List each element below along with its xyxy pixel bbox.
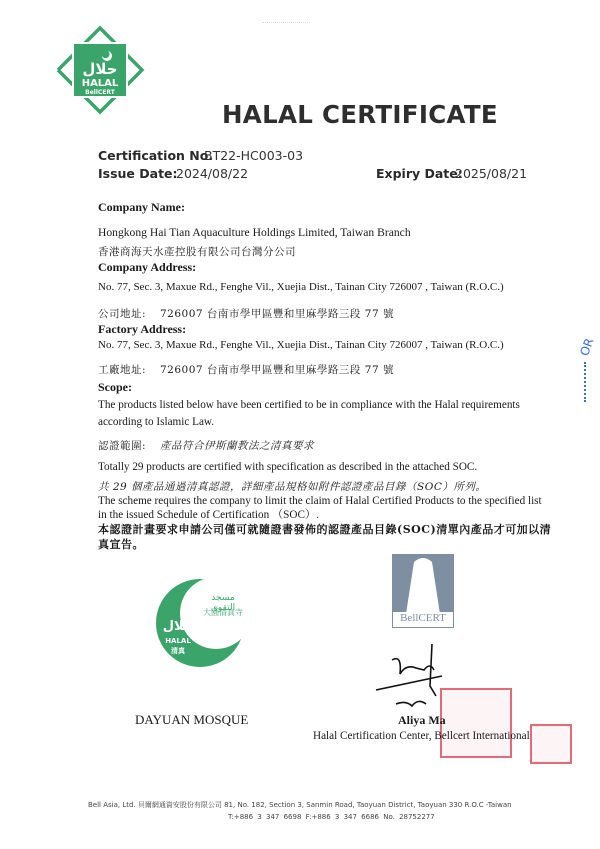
company-name-label: Company Name: xyxy=(98,200,185,215)
issue-date-value: 2024/08/22 xyxy=(176,166,248,181)
factory-address-zh: 726007 台南市學甲區豐和里麻學路三段 77 號 xyxy=(160,362,394,377)
logo-halal-text: HALAL xyxy=(74,78,126,89)
red-seal-large xyxy=(440,688,512,758)
logo-arabic: حلال xyxy=(78,60,122,78)
scheme-text-zh-2: 真宣告。 xyxy=(98,537,144,552)
scheme-text-en-2: in the issued Schedule of Certification … xyxy=(98,508,319,522)
side-stamp: OR xyxy=(577,336,596,358)
company-name-zh: 香港商海天水產控股有限公司台灣分公司 xyxy=(98,244,296,259)
scheme-text-en-1: The scheme requires the company to limit… xyxy=(98,494,542,508)
company-address-zh-label: 公司地址: xyxy=(98,306,146,321)
scheme-text-zh-1: 本認證計畫要求申請公司僅可就隨證書發佈的認證產品目錄(SOC)清單內產品才可加以… xyxy=(98,522,551,537)
company-name-en: Hongkong Hai Tian Aquaculture Holdings L… xyxy=(98,226,411,240)
logo-brand-text: BellCERT xyxy=(74,89,126,96)
watermark xyxy=(262,22,310,53)
factory-address-zh-label: 工廠地址: xyxy=(98,362,146,377)
company-address-en: No. 77, Sec. 3, Maxue Rd., Fenghe Vil., … xyxy=(98,280,504,294)
bellcert-logo-text: BellCERT xyxy=(394,612,452,624)
mosque-zh-halal: 清真 xyxy=(160,646,196,656)
footer-address: Bell Asia, Ltd. 貝爾網通資安股份有限公司 81, No. 182… xyxy=(88,800,512,810)
scope-zh-label: 認證範圍: xyxy=(98,438,146,453)
issue-date-label: Issue Date: xyxy=(98,166,178,181)
red-seal-small xyxy=(530,724,572,764)
expiry-date-value: 2025/08/21 xyxy=(455,166,527,181)
cert-no-value: BT22-HC003-03 xyxy=(204,148,303,163)
scope-label: Scope: xyxy=(98,380,132,395)
total-products-en: Totally 29 products are certified with s… xyxy=(98,460,477,474)
company-address-label: Company Address: xyxy=(98,260,196,275)
signer-name: Aliya Ma xyxy=(398,713,446,728)
signer-org: Halal Certification Center, Bellcert Int… xyxy=(313,730,530,742)
factory-address-en: No. 77, Sec. 3, Maxue Rd., Fenghe Vil., … xyxy=(98,338,504,352)
mosque-halal-text: HALAL xyxy=(160,637,196,645)
side-stamp-mark xyxy=(584,362,600,402)
scope-text-en-2: according to Islamic Law. xyxy=(98,415,214,429)
scope-text-en-1: The products listed below have been cert… xyxy=(98,398,520,412)
mosque-arabic-halal: حلال xyxy=(160,619,196,634)
bellcert-logo-icon: BellCERT xyxy=(392,554,454,628)
mosque-zh: 大園清真寺 xyxy=(198,607,248,618)
scope-text-zh: 產品符合伊斯蘭教法之清真要求 xyxy=(160,438,314,453)
dayuan-mosque-logo-icon: مسجد التقوى 大園清真寺 حلال HALAL 清真 xyxy=(152,575,248,671)
page-title: HALAL CERTIFICATE xyxy=(222,100,498,129)
total-products-zh: 共 29 個產品通過清真認證，詳細產品規格如附件認證產品目錄（SOC）所列。 xyxy=(98,479,486,494)
cert-no-label: Certification No. xyxy=(98,148,213,163)
expiry-date-label: Expiry Date: xyxy=(376,166,463,181)
footer-contact: T:+886 3 347 6698 F:+886 3 347 6686 No. … xyxy=(228,813,435,821)
factory-address-label: Factory Address: xyxy=(98,322,186,337)
halal-bellcert-logo-icon: حلال HALAL BellCERT xyxy=(50,20,150,120)
mosque-name: DAYUAN MOSQUE xyxy=(135,712,248,728)
company-address-zh: 726007 台南市學甲區豐和里麻學路三段 77 號 xyxy=(160,306,394,321)
